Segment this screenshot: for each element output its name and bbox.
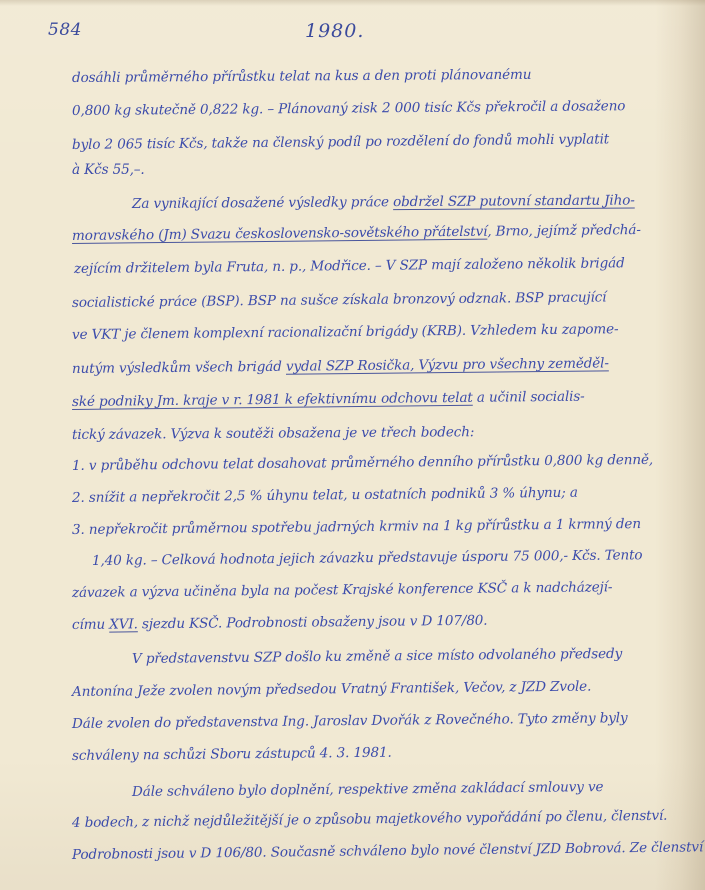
underlined-text: XVI. bbox=[109, 616, 138, 632]
text-line: V představenstvu SZP došlo ku změně a si… bbox=[132, 646, 622, 667]
text-line: Podrobnosti jsou v D 106/80. Současně sc… bbox=[72, 839, 703, 863]
text-line-underlined-partial: ské podniky Jm. kraje v r. 1981 k efekti… bbox=[72, 389, 585, 410]
text-line-underlined-partial: nutým výsledkům všech brigád vydal SZP R… bbox=[72, 355, 609, 377]
text-line-underlined-partial: címu XVI. sjezdu KSČ. Podrobnosti obsaže… bbox=[72, 613, 488, 633]
text-line: 4 bodech, z nichž nejdůležitější je o zp… bbox=[72, 808, 668, 831]
text-line: ve VKT je členem komplexní racionalizačn… bbox=[72, 321, 619, 343]
text-line: zejícím držitelem byla Fruta, n. p., Mod… bbox=[74, 255, 625, 277]
text-line-underlined-partial: Za vynikající dosažené výsledky práce ob… bbox=[132, 192, 635, 212]
text-line: závazek a výzva učiněna byla na počest K… bbox=[72, 579, 612, 601]
chronicle-page: 584 1980. dosáhli průměrného přírůstku t… bbox=[0, 0, 705, 890]
page-top-edge bbox=[0, 0, 705, 6]
text-line: Antonína Ježe zvolen novým předsedou Vra… bbox=[72, 679, 591, 700]
text-line: bylo 2 065 tisíc Kčs, takže na členský p… bbox=[72, 131, 609, 153]
text-line: 1,40 kg. – Celková hodnota jejich závazk… bbox=[92, 547, 643, 569]
text-line: Dále schváleno bylo doplnění, respektive… bbox=[132, 779, 604, 800]
text-line: à Kčs 55,–. bbox=[72, 162, 145, 178]
text-line: tický závazek. Výzva k soutěži obsažena … bbox=[72, 424, 474, 443]
text-line: dosáhli průměrného přírůstku telat na ku… bbox=[72, 67, 531, 86]
text-line: 0,800 kg skutečně 0,822 kg. – Plánovaný … bbox=[72, 98, 625, 119]
list-item-2: 2. snížit a nepřekročit 2,5 % úhynu tela… bbox=[72, 485, 578, 506]
underlined-text: obdržel SZP putovní standartu Jiho- bbox=[393, 192, 635, 210]
list-item-3: 3. nepřekročit průměrnou spotřebu jadrný… bbox=[72, 516, 641, 538]
page-year-heading: 1980. bbox=[305, 20, 364, 42]
text-line: Dále zvolen do představenstva Ing. Jaros… bbox=[72, 710, 628, 732]
underlined-text: moravského (Jm) Svazu československo-sov… bbox=[72, 224, 487, 244]
underlined-text: ské podniky Jm. kraje v r. 1981 k efekti… bbox=[72, 390, 473, 410]
text-line: socialistické práce (BSP). BSP na sušce … bbox=[72, 289, 607, 311]
underlined-text: vydal SZP Rosička, Výzvu pro všechny zem… bbox=[286, 355, 609, 374]
text-line-underlined-partial: moravského (Jm) Svazu československo-sov… bbox=[72, 222, 641, 244]
list-item-1: 1. v průběhu odchovu telat dosahovat prů… bbox=[72, 452, 653, 474]
page-number: 584 bbox=[48, 20, 82, 40]
text-line: schváleny na schůzi Sboru zástupců 4. 3.… bbox=[72, 745, 392, 764]
